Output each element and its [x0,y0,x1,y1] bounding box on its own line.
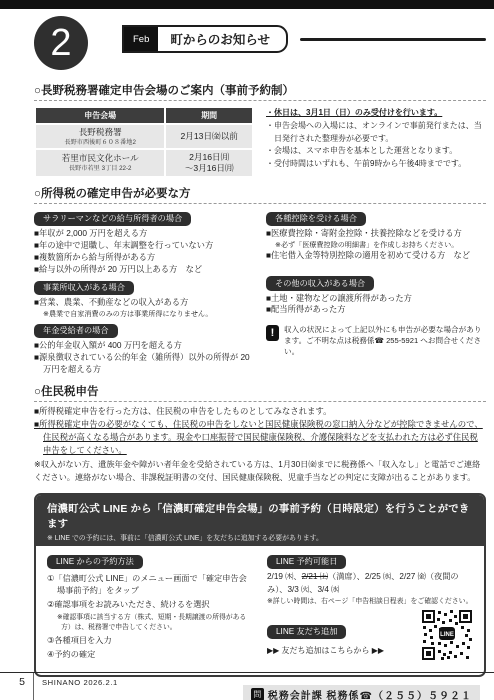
venue-address: 長野市若里 3丁目 22-2 [39,165,161,173]
salary-items: ■年収が 2,000 万円を超える方 ■年の途中で退職し、年末調整を行っていない… [34,228,254,275]
page-title: 町からのお知らせ [158,27,286,51]
newsletter-page: 2 Feb 町からのお知らせ ○長野税務署確定申告会場のご案内（事前予約制） 申… [0,0,494,700]
friend-add-left: LINE 友だち追加 ▶▶ 友だち追加はこちらから ▶▶ [267,620,413,657]
line-box-subtitle: ※ LINE での予約には、事前に「信濃町公式 LINE」を友だちに追加する必要… [47,532,473,542]
list-item: ■年収が 2,000 万円を超える方 [34,228,254,240]
venue-table-column: 申告会場 期間 長野税務署 長野市西後町６０８番地2 2月13日㈮以前 若里市民… [34,104,254,178]
list-item: ■配当所得があった方 [266,304,486,316]
schedule-note: ※詳しい時間は、右ページ「申告相談日程表」をご確認ください。 [267,597,473,607]
step-item: ③各種項目を入力 [47,635,253,647]
page-header: 2 Feb 町からのお知らせ [0,9,494,73]
title-group: Feb 町からのお知らせ [122,25,486,53]
step-note: ※確認事項に該当する方（株式、短期・長期譲渡の所得がある方）は、税務署で申告して… [47,613,253,633]
col-header-venue: 申告会場 [36,108,164,123]
table-row: 若里市民文化ホール 長野市若里 3丁目 22-2 2月16日㈪ ～3月16日㈪ [36,150,252,175]
list-item: ■営業、農業、不動産などの収入がある方 [34,297,254,309]
list-item: ■土地・建物などの譲渡所得があった方 [266,293,486,305]
line-reservation-box: 信濃町公式 LINE から「信濃町確定申告会場」の事前予約（日時限定）を行うこと… [34,493,486,677]
subsection-tag-salary: サラリーマンなどの給与所得者の場合 [34,212,191,227]
venue-note: ・休日は、3月1日（日）のみ受付けを行います。 [266,107,486,120]
col-header-period: 期間 [166,108,252,123]
line-schedule-column: LINE 予約可能日 2/19 ㈭、2/21 ㈯（満席）、2/25 ㈬、2/27… [267,550,473,666]
subsection-tag-pension: 年金受給者の場合 [34,324,118,339]
dates-struck: 2/21 ㈯ [302,572,328,581]
line-method-steps: ①「信濃町公式 LINE」のメニュー画面で「確定申告会場事前予約」をタップ ②確… [47,573,253,660]
period-cell: 2月13日㈮以前 [166,125,252,148]
resident-section-body: ■所得税確定申告を行った方は、住民税の申告をしたものとしてみなされます。 ■所得… [34,405,486,484]
period-cell: 2月16日㈪ ～3月16日㈪ [166,150,252,175]
page-number: 5 [0,673,34,700]
venue-table: 申告会場 期間 長野税務署 長野市西後町６０８番地2 2月13日㈮以前 若里市民… [34,106,254,178]
list-item: ■年の途中で退職し、年末調整を行っていない方 [34,240,254,252]
edition-label: SHINANO 2026.2.1 [34,673,118,700]
line-available-dates: 2/19 ㈭、2/21 ㈯（満席）、2/25 ㈬、2/27 ㈮（夜間のみ）、3/… [267,571,473,607]
step-item: ②確認事項をお読みいただき、続けるを選択 [47,599,253,611]
step-item: ④予約の確定 [47,649,253,661]
venue-name: 長野税務署 [79,127,122,137]
business-items: ■営業、農業、不動産などの収入がある方 ※農業で自家消費のみの方は事業所得になり… [34,297,254,319]
other-income-items: ■土地・建物などの譲渡所得があった方 ■配当所得があった方 [266,293,486,317]
section-heading-venue: ○長野税務署確定申告会場のご案内（事前予約制） [34,82,486,101]
list-item-note: ※必ず「医療費控除の明細書」を作成しお持ちください。 [266,240,486,250]
issue-number-badge: 2 [34,16,88,70]
list-item: ■所得税確定申告の必要がなくても、住民税の申告をしないと国民健康保険税の窓口納入… [34,418,486,456]
venue-cell: 若里市民文化ホール 長野市若里 3丁目 22-2 [36,150,164,175]
top-bar [0,0,494,9]
venue-section-columns: 申告会場 期間 長野税務署 長野市西後町６０８番地2 2月13日㈮以前 若里市民… [34,104,486,178]
subsection-tag-other-income: その他の収入がある場合 [266,276,374,291]
deduction-items: ■医療費控除・寄附金控除・扶養控除などを受ける方 ※必ず「医療費控除の明細書」を… [266,228,486,262]
venue-address: 長野市西後町６０８番地2 [39,139,161,147]
dates-text: 2/19 ㈭、 [267,572,302,581]
line-friend-tag: LINE 友だち追加 [267,625,346,640]
subsection-tag-deduction: 各種控除を受ける場合 [266,212,366,227]
friend-add-row: LINE 友だち追加 ▶▶ 友だち追加はこちらから ▶▶ [267,609,473,666]
page-footer: 5 SHINANO 2026.2.1 [0,672,494,700]
alert-note: ! 収入の状況によって上記以外にも申告が必要な場合があります。ご不明な点は税務係… [266,324,486,357]
line-method-tag: LINE からの予約方法 [47,555,143,570]
venue-notes-column: ・休日は、3月1日（日）のみ受付けを行います。 ・申告会場への入場には、オンライ… [266,107,486,178]
month-tag: Feb [124,27,158,51]
title-rule [300,38,486,41]
income-right-column: 各種控除を受ける場合 ■医療費控除・寄附金控除・扶養控除などを受ける方 ※必ず「… [266,207,486,376]
venue-note: ・申告会場への入場には、オンラインで事前発行または、当日発行された整理券が必要で… [266,120,486,146]
venue-name: 若里市民文化ホール [62,153,139,163]
line-box-header: 信濃町公式 LINE から「信濃町確定申告会場」の事前予約（日時限定）を行うこと… [36,495,484,546]
list-item: ■公的年金収入額が 400 万円を超える方 [34,340,254,352]
income-section-columns: サラリーマンなどの給与所得者の場合 ■年収が 2,000 万円を超える方 ■年の… [34,207,486,376]
venue-cell: 長野税務署 長野市西後町６０８番地2 [36,125,164,148]
line-qr-code: LINE [421,609,473,666]
title-pill: Feb 町からのお知らせ [122,25,288,53]
list-item: ■源泉徴収されている公的年金（雑所得）以外の所得が 20 万円を超える方 [34,352,254,376]
venue-note: ・受付時間はいずれも、午前9時から午後4時までです。 [266,158,486,171]
list-item: ■給与以外の所得が 20 万円以上ある方 など [34,264,254,276]
step-item: ①「信濃町公式 LINE」のメニュー画面で「確定申告会場事前予約」をタップ [47,573,253,597]
list-item-note: ※農業で自家消費のみの方は事業所得になりません。 [34,309,254,319]
list-item: ■所得税確定申告を行った方は、住民税の申告をしたものとしてみなされます。 [34,405,486,418]
line-box-title: 信濃町公式 LINE から「信濃町確定申告会場」の事前予約（日時限定）を行うこと… [47,500,473,530]
line-schedule-tag: LINE 予約可能日 [267,555,346,570]
section-heading-resident-tax: ○住民税申告 [34,383,486,402]
table-row: 長野税務署 長野市西後町６０８番地2 2月13日㈮以前 [36,125,252,148]
subsection-tag-business: 事業所収入がある場合 [34,281,134,296]
venue-table-header-row: 申告会場 期間 [36,108,252,123]
friend-add-cta: ▶▶ 友だち追加はこちらから ▶▶ [267,645,413,656]
list-item: ■住宅借入金等特別控除の適用を初めて受ける方 など [266,250,486,262]
line-box-body: LINE からの予約方法 ①「信濃町公式 LINE」のメニュー画面で「確定申告会… [36,546,484,675]
exclamation-icon: ! [266,325,279,341]
footer-row: 5 SHINANO 2026.2.1 [0,673,494,700]
section-heading-income-tax: ○所得税の確定申告が必要な方 [34,185,486,204]
venue-note: ・会場は、スマホ申告を基本とした運営となります。 [266,145,486,158]
pension-items: ■公的年金収入額が 400 万円を超える方 ■源泉徴収されている公的年金（雑所得… [34,340,254,375]
resident-note: ※収入がない方、遺族年金や障がい者年金を受給されている方は、1月30日㈮までに税… [34,459,486,484]
qr-code-image: LINE [421,609,473,661]
list-item: ■複数箇所から給与所得がある方 [34,252,254,264]
qr-center-label: LINE [440,632,454,638]
issue-number: 2 [50,22,71,65]
line-method-column: LINE からの予約方法 ①「信濃町公式 LINE」のメニュー画面で「確定申告会… [47,550,253,666]
income-left-column: サラリーマンなどの給与所得者の場合 ■年収が 2,000 万円を超える方 ■年の… [34,207,254,376]
list-item: ■医療費控除・寄附金控除・扶養控除などを受ける方 [266,228,486,240]
alert-text: 収入の状況によって上記以外にも申告が必要な場合があります。ご不明な点は税務係☎ … [284,324,486,357]
main-content: ○長野税務署確定申告会場のご案内（事前予約制） 申告会場 期間 長野税務署 長野… [0,73,494,700]
